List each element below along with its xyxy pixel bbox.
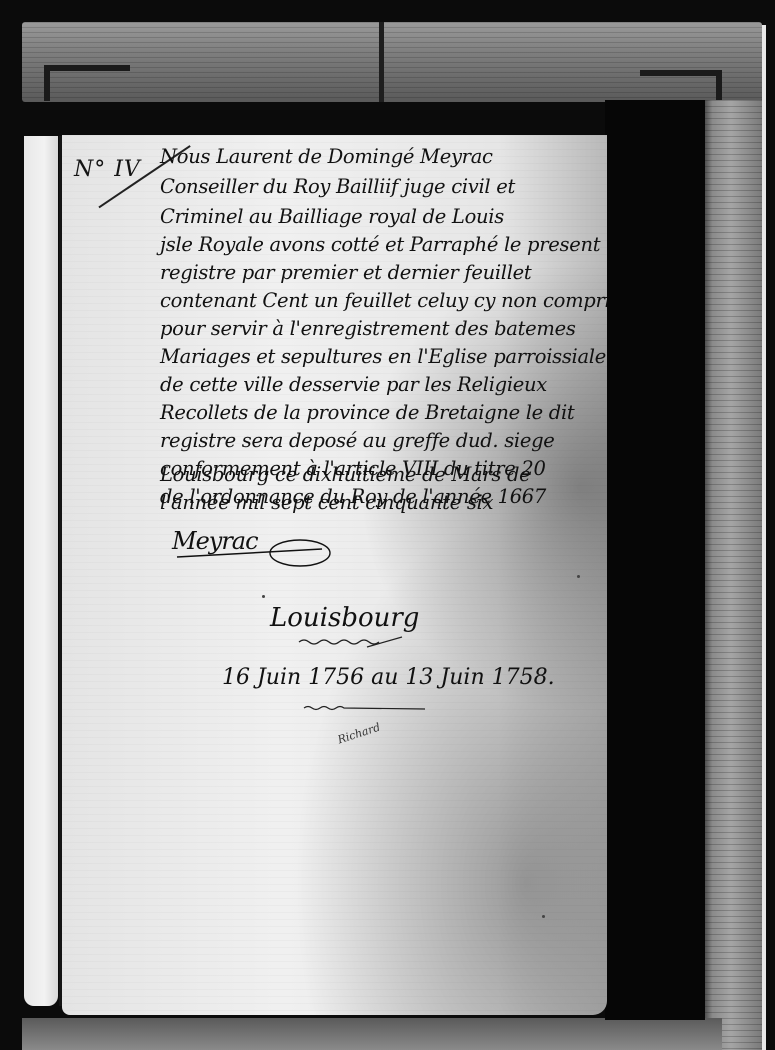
place-title-underline xyxy=(297,635,407,649)
ink-speck xyxy=(542,915,545,918)
text-line: Nous Laurent de Domingé Meyrac xyxy=(160,145,493,168)
text-line: Louisbourg ce dixhuitieme de Mars de xyxy=(160,463,530,486)
date-range-underline xyxy=(302,703,427,713)
register-page: N° IV Nous Laurent de Domingé Meyrac Con… xyxy=(62,135,607,1015)
text-line: l'année mil sept cent cinquante six xyxy=(160,491,493,514)
signature-flourish xyxy=(172,535,332,575)
text-line: Recollets de la province de Bretaigne le… xyxy=(160,401,574,424)
page-clip-left-vertical xyxy=(44,65,50,101)
text-line: contenant Cent un feuillet celuy cy non … xyxy=(160,289,607,312)
ink-speck xyxy=(577,575,580,578)
text-line: registre par premier et dernier feuillet xyxy=(160,261,531,284)
place-title: Louisbourg xyxy=(270,603,419,633)
backdrop-board-bottom xyxy=(22,1018,722,1050)
date-range: 16 Juin 1756 au 13 Juin 1758. xyxy=(222,665,555,690)
book-shadow xyxy=(605,100,705,1020)
folio-number: N° IV xyxy=(74,157,141,182)
ink-speck xyxy=(262,595,265,598)
archivist-note: Richard xyxy=(336,721,382,747)
backdrop-board-right xyxy=(700,100,762,1050)
backdrop-board-top xyxy=(22,22,762,102)
text-line: Criminel au Bailliage royal de Louis xyxy=(160,205,504,228)
text-line: de cette ville desservie par les Religie… xyxy=(160,373,547,396)
text-line: Conseiller du Roy Bailliif juge civil et xyxy=(160,175,515,198)
scanned-document-image: N° IV Nous Laurent de Domingé Meyrac Con… xyxy=(0,0,775,1050)
adjacent-page-edge xyxy=(24,136,58,1006)
text-line: registre sera deposé au greffe dud. sieg… xyxy=(160,429,555,452)
scanner-edge xyxy=(762,25,766,1050)
text-line: jsle Royale avons cotté et Parraphé le p… xyxy=(160,233,600,256)
backdrop-center-bar xyxy=(379,22,384,102)
page-clip-right xyxy=(640,70,722,76)
page-clip-left xyxy=(44,65,130,71)
text-line: pour servir à l'enregistrement des batem… xyxy=(160,317,576,340)
text-line: Mariages et sepultures en l'Eglise parro… xyxy=(160,345,606,368)
